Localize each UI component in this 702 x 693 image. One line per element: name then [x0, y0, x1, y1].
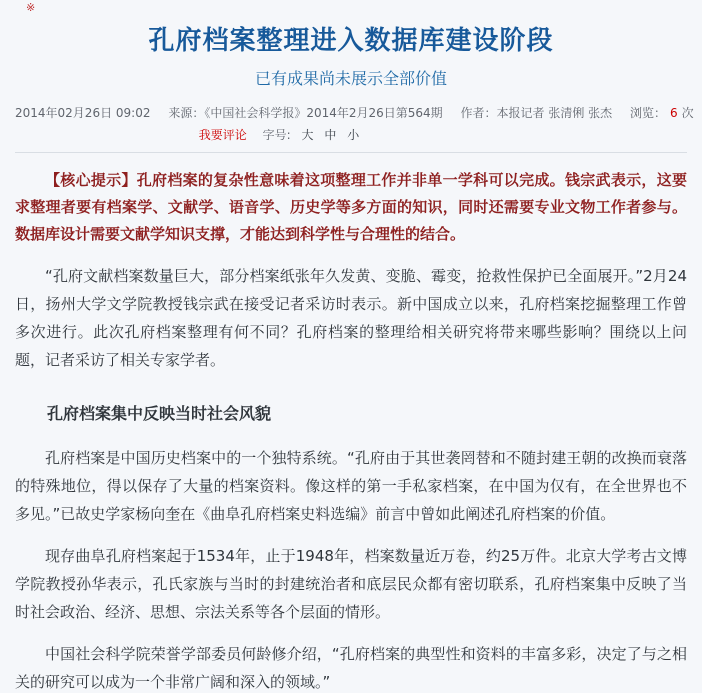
article-page: 孔府档案整理进入数据库建设阶段 已有成果尚未展示全部价值 2014年02月26日… [0, 26, 702, 693]
comment-link[interactable]: 我要评论 [199, 128, 247, 142]
article-body: 【核心提示】孔府档案的复杂性意味着这项整理工作并非单一学科可以完成。钱宗武表示，… [15, 167, 687, 693]
source-text: 来源：《中国社会科学报》2014年2月26日第564期 [168, 106, 442, 120]
paragraph: 中国社会科学院荣誉学部委员何龄修介绍，“孔府档案的典型性和资料的丰富多彩，决定了… [15, 640, 687, 693]
page-subtitle: 已有成果尚未展示全部价值 [15, 69, 687, 89]
fontsize-small-link[interactable]: 小 [347, 128, 359, 142]
fontsize-medium-link[interactable]: 中 [324, 128, 336, 142]
fontsize-label: 字号: [263, 128, 291, 142]
paragraph: 现存曲阜孔府档案起于1534年，止于1948年，档案数量近万卷，约25万件。北京… [15, 542, 687, 626]
section-heading: 孔府档案集中反映当时社会风貌 [15, 400, 687, 428]
article-actions-line: 我要评论 字号: 大 中 小 [0, 127, 615, 143]
red-stamp-icon: ※ [26, 2, 35, 14]
publish-datetime: 2014年02月26日 09:02 [15, 106, 150, 120]
page-title: 孔府档案整理进入数据库建设阶段 [15, 26, 687, 56]
paragraph: 孔府档案是中国历史档案中的一个独特系统。“孔府由于其世袭罔替和不随封建王朝的改换… [15, 444, 687, 528]
author-text: 作者：本报记者 张清俐 张杰 [461, 106, 613, 120]
article-meta-line: 2014年02月26日 09:02 来源：《中国社会科学报》2014年2月26日… [15, 105, 687, 121]
views-unit: 次 [682, 106, 694, 120]
paragraph: “孔府文献档案数量巨大，部分档案纸张年久发黄、变脆、霉变，抢救性保护已全面展开。… [15, 262, 687, 374]
core-tip-paragraph: 【核心提示】孔府档案的复杂性意味着这项整理工作并非单一学科可以完成。钱宗武表示，… [15, 167, 687, 248]
views-label: 浏览： [630, 106, 666, 120]
fontsize-large-link[interactable]: 大 [302, 128, 314, 142]
views-count: 6 [666, 106, 682, 120]
header-divider [15, 152, 687, 153]
